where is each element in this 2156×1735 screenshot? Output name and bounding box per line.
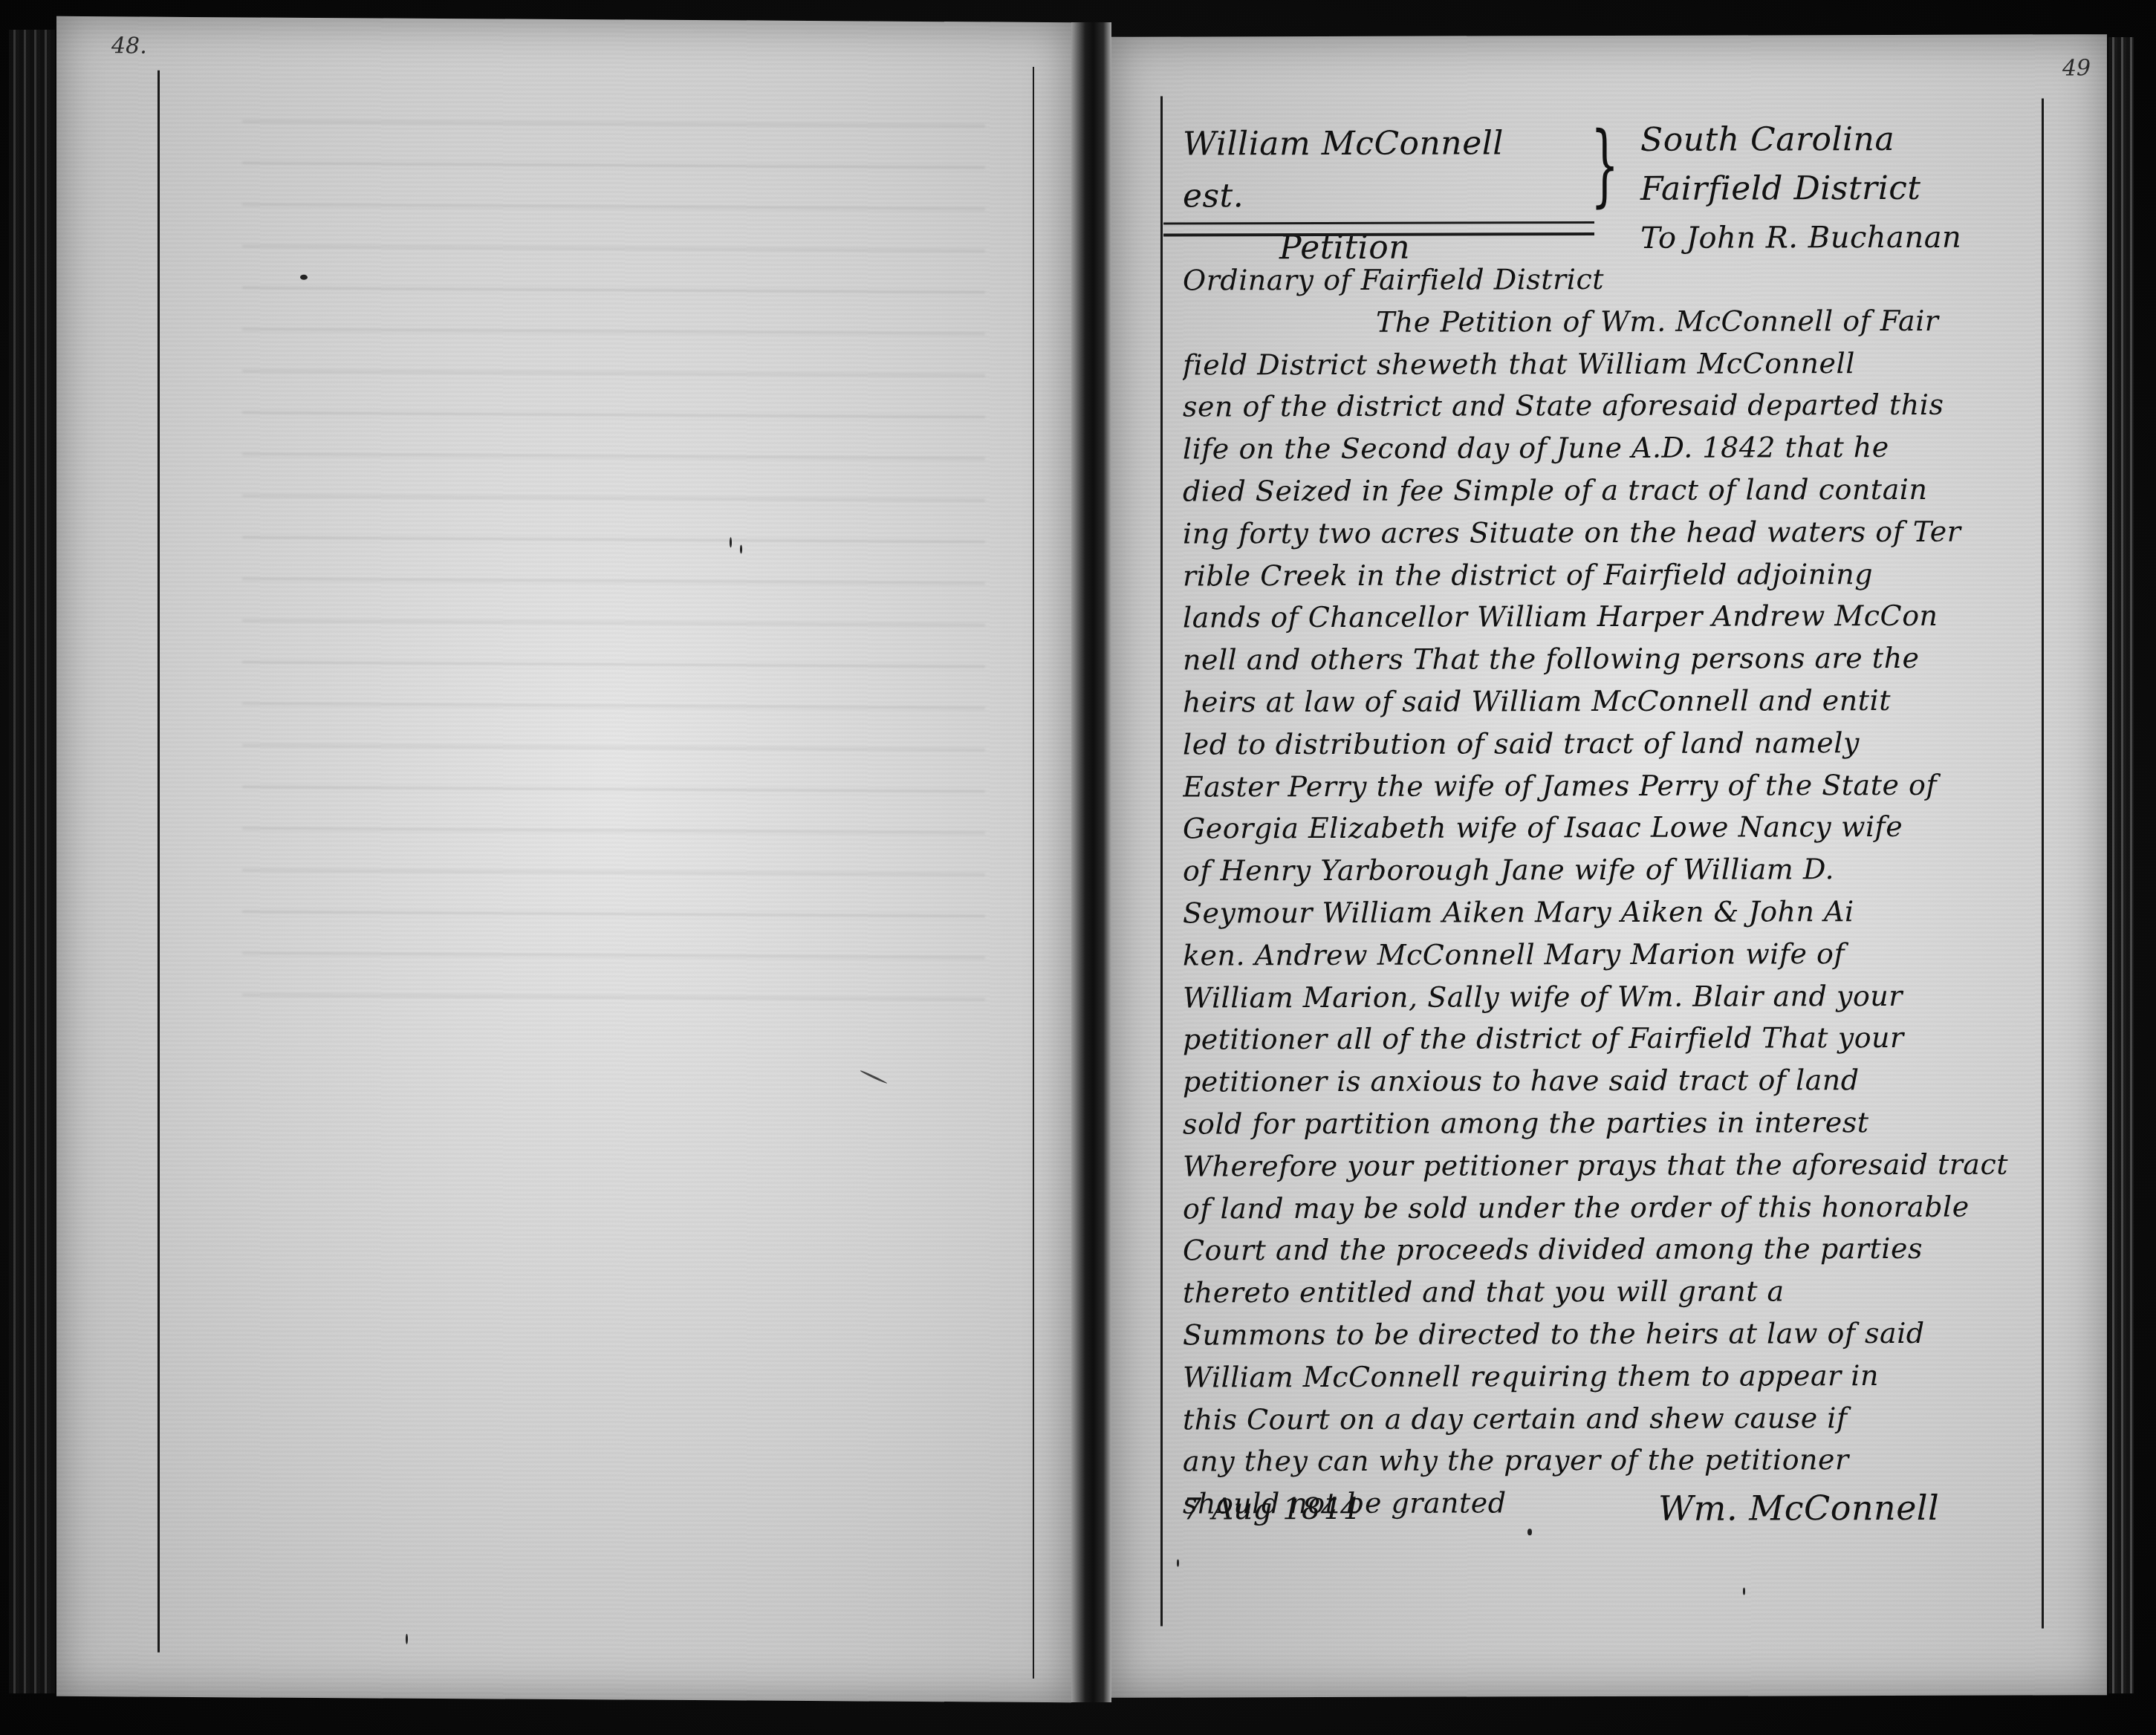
body-line: thereto entitled and that you will grant…	[1183, 1270, 2059, 1315]
body-line: sen of the district and State aforesaid …	[1183, 384, 2059, 429]
body-line: this Court on a day certain and shew cau…	[1183, 1396, 2059, 1441]
signature-row: 7 Aug 1844 Wm. McConnell	[1183, 1490, 2037, 1544]
body-line: lands of Chancellor William Harper Andre…	[1183, 595, 2059, 639]
venue-block: South Carolina Fairfield District To Joh…	[1640, 114, 2056, 262]
body-line: The Petition of Wm. McConnell of Fair	[1183, 299, 2059, 344]
body-line: any they can why the prayer of the petit…	[1183, 1439, 2059, 1483]
left-page-number: 48.	[111, 33, 147, 59]
right-page: 49 William McConnell est. Petition } Sou…	[1111, 34, 2107, 1698]
case-title: William McConnell est.	[1183, 117, 1554, 222]
body-line: Ordinary of Fairfield District	[1183, 257, 2059, 302]
book-edge-right	[2108, 37, 2134, 1693]
body-line: Seymour William Aiken Mary Aiken & John …	[1183, 890, 2059, 934]
petition-body: Ordinary of Fairfield District The Petit…	[1183, 257, 2059, 1525]
caption-double-rule	[1163, 221, 1594, 237]
body-line: Easter Perry the wife of James Perry of …	[1183, 764, 2059, 808]
body-line: led to distribution of said tract of lan…	[1183, 721, 2059, 766]
venue-district: Fairfield District	[1640, 163, 2056, 213]
body-line: sold for partition among the parties in …	[1183, 1101, 2059, 1145]
body-line: Wherefore your petitioner prays that the…	[1183, 1143, 2059, 1188]
left-margin-rule	[158, 71, 160, 1653]
body-line: Summons to be directed to the heirs at l…	[1183, 1312, 2059, 1356]
right-page-number: 49	[2062, 55, 2091, 81]
body-line: ken. Andrew McConnell Mary Marion wife o…	[1183, 932, 2059, 977]
case-caption: William McConnell est. Petition	[1183, 117, 1554, 274]
body-line: of Henry Yarborough Jane wife of William…	[1183, 848, 2059, 893]
body-line: Court and the proceeds divided among the…	[1183, 1228, 2059, 1272]
body-line: field District sheweth that William McCo…	[1183, 342, 2059, 386]
left-page-right-rule	[1033, 67, 1034, 1679]
body-line: rible Creek in the district of Fairfield…	[1183, 553, 2059, 597]
body-line: ing forty two acres Situate on the head …	[1183, 510, 2059, 555]
body-line: nell and others That the following perso…	[1183, 637, 2059, 682]
body-line: William Marion, Sally wife of Wm. Blair …	[1183, 974, 2059, 1019]
caption-brace: }	[1591, 121, 1619, 210]
petition-date: 7 Aug 1844	[1183, 1492, 1360, 1527]
body-line: petitioner is anxious to have said tract…	[1183, 1059, 2059, 1104]
body-line: heirs at law of said William McConnell a…	[1183, 679, 2059, 723]
body-line: petitioner all of the district of Fairfi…	[1183, 1017, 2059, 1061]
body-line: William McConnell requiring them to appe…	[1183, 1354, 2059, 1399]
left-page: 48.	[56, 16, 1071, 1702]
body-line: life on the Second day of June A.D. 1842…	[1183, 426, 2059, 471]
right-margin-rule-left	[1160, 97, 1163, 1627]
venue-addressee: To John R. Buchanan	[1640, 212, 2056, 262]
book-edge-left	[9, 30, 55, 1693]
body-line: died Seized in fee Simple of a tract of …	[1183, 468, 2059, 512]
petitioner-signature: Wm. McConnell	[1658, 1488, 1939, 1529]
venue-state: South Carolina	[1640, 114, 2056, 164]
bleed-through-text	[242, 106, 985, 1039]
book-gutter	[1071, 22, 1111, 1702]
body-line: of land may be sold under the order of t…	[1183, 1185, 2059, 1230]
body-line: Georgia Elizabeth wife of Isaac Lowe Nan…	[1183, 806, 2059, 850]
